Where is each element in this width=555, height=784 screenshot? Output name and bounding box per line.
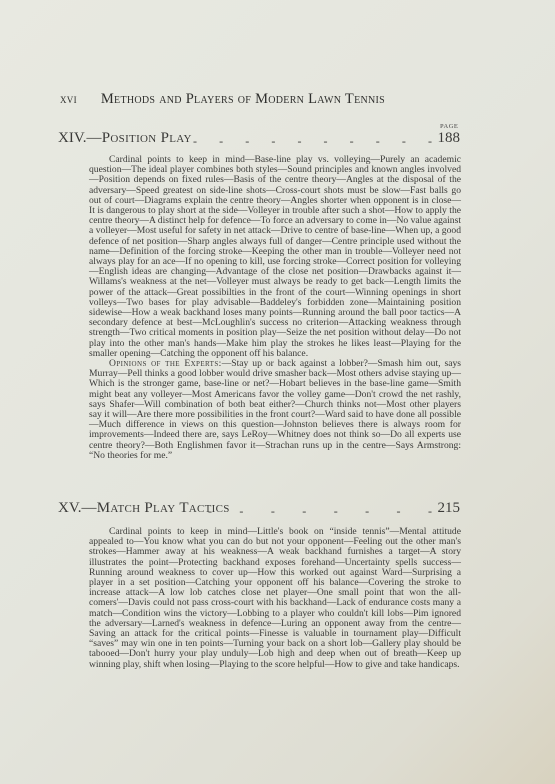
chapter-page-number: 188 xyxy=(438,130,461,147)
synopsis-paragraph: Cardinal points to keep in mind—Little's… xyxy=(89,527,461,670)
page-column-label: PAGE xyxy=(440,123,458,130)
book-page: xvi Methods and Players of Modern Lawn T… xyxy=(0,0,555,784)
chapter-title: —Position Play xyxy=(86,130,191,146)
running-head: xvi Methods and Players of Modern Lawn T… xyxy=(60,91,480,108)
synopsis-paragraph: Cardinal points to keep in mind—Base-lin… xyxy=(89,155,461,359)
chapter-xiv-synopsis: Cardinal points to keep in mind—Base-lin… xyxy=(89,155,461,461)
chapter-page-number: 215 xyxy=(438,500,461,517)
chapter-xv-synopsis: Cardinal points to keep in mind—Little's… xyxy=(89,527,461,670)
experts-paragraph: Opinions of the Experts:—Stay up or back… xyxy=(89,359,461,461)
chapter-number: XIV. xyxy=(58,130,86,146)
experts-text: —Stay up or back against a lobber?—Smash… xyxy=(89,358,461,461)
dot-leaders: -------- xyxy=(208,504,432,519)
book-title: Methods and Players of Modern Lawn Tenni… xyxy=(101,91,385,107)
page-number-roman: xvi xyxy=(60,91,77,106)
chapter-heading-xv: XV.—Match Play Tactics -------- 215 xyxy=(58,500,460,520)
chapter-number: XV. xyxy=(58,500,81,516)
dot-leaders: ---------- xyxy=(193,134,432,149)
chapter-heading-xiv: XIV.—Position Play ---------- 188 xyxy=(58,130,460,150)
